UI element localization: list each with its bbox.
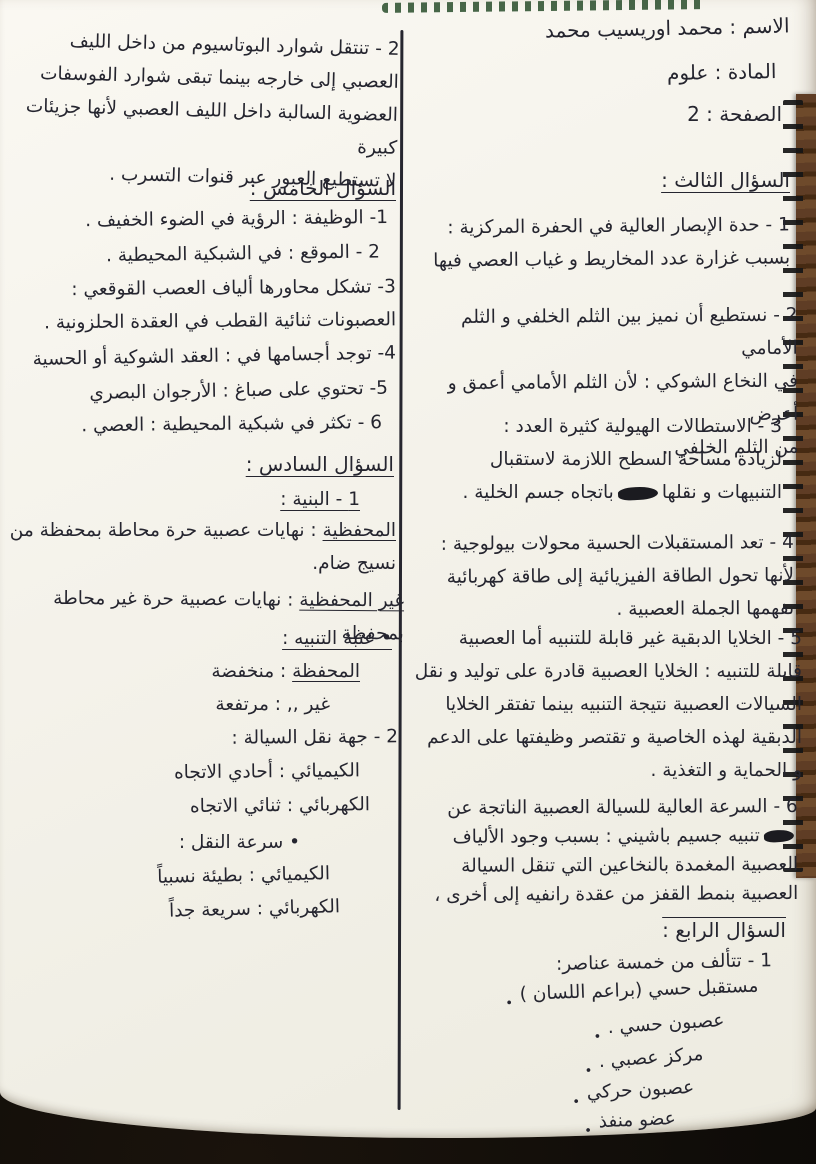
q3-answer-4: 4 - تعد المستقبلات الحسية محولات بيولوجي…: [410, 526, 795, 627]
bullet-dot-icon: •: [504, 987, 513, 1020]
q5-item: 1- الوظيفة : الرؤية في الضوء الخفيف .: [8, 201, 388, 238]
q5-item: 2 - الموقع : في الشبكية المحيطية .: [8, 235, 380, 273]
q4-bullet-text: مستقبل حسي (براعم اللسان ): [519, 976, 758, 1005]
scribbled-out-word: [617, 485, 658, 500]
column-divider-line: [398, 30, 403, 1110]
q6-threshold-cap-row: المحفظة : منخفضة: [36, 655, 360, 688]
q3-answer-6-text-end: تنبيه جسيم باشيني : بسبب وجود الألياف ال…: [434, 825, 798, 906]
q4-bullet-text: عصبون حسي .: [607, 1010, 725, 1038]
q6-direction-heading: 2 - جهة نقل السيالة :: [0, 720, 398, 756]
q6-encapsulated-label: المحفظية: [323, 520, 396, 541]
q4-bullet-row: عضو منفذ•: [584, 1102, 677, 1141]
q6-speed-chemical: الكيميائي : بطيئة نسبياً: [66, 857, 331, 896]
q6-threshold-free-label: غير ,,: [287, 694, 330, 715]
q6-speed-electrical: الكهربائي : سريعة جداً: [50, 890, 341, 931]
q3-answer-3: 3 - الاستطالات الهيولية كثيرة العدد : لز…: [418, 410, 782, 509]
question-3-title: السؤال الثالث :: [661, 164, 790, 197]
question-5-title: السؤال الخامس :: [8, 172, 396, 205]
q6-threshold-cap-label: المحفظة: [292, 661, 360, 682]
q5-item: 5- تحتوي على صباغ : الأرجوان البصري: [8, 372, 389, 412]
margin-dash: -: [789, 132, 796, 165]
question-6-title: السؤال السادس :: [6, 448, 394, 481]
q5-item: 6 - تكثر في شبكية المحيطية : العصي .: [16, 406, 382, 443]
q3-answer-6-text: 6 - السرعة العالية للسيالة العصبية النات…: [447, 796, 798, 819]
q6-threshold-heading: • عتبة التنبيه :: [6, 622, 392, 655]
q6-speed-heading: • سرعة النقل :: [96, 826, 300, 859]
q6-threshold-free-text: : مرتفعة: [215, 694, 286, 715]
q4-bullet-text: عضو منفذ: [598, 1108, 676, 1132]
photo-background: الاسم : محمد اوريسيب محمد المادة : علوم …: [0, 0, 816, 1164]
page-number: الصفحة : 2: [687, 98, 782, 131]
bullet-dot-icon: •: [571, 1086, 580, 1119]
scribbled-out-word: [764, 829, 795, 843]
student-name: الاسم : محمد اوريسيب محمد: [545, 9, 790, 47]
q3-answer-1: 1 - حدة الإبصار العالية في الحفرة المركز…: [418, 208, 791, 277]
q3-answer-5: 5 - الخلايا الدبقية غير قابلة للتنبيه أم…: [410, 622, 802, 787]
bullet-dot-icon: •: [584, 1115, 593, 1148]
q6-threshold-free-row: غير ,, : مرتفعة: [66, 688, 330, 721]
q4-bullet-text: عصبون حركي: [586, 1077, 695, 1104]
q3-answer-6: 6 - السرعة العالية للسيالة العصبية النات…: [410, 792, 799, 910]
q5-item: 3- تشكل محاورها ألياف العصب القوقعي : ال…: [4, 270, 397, 339]
q6-structure-heading: 1 - البنية :: [36, 483, 360, 516]
q6-direction-electrical: الكهربائي : ثنائي الاتجاه: [26, 788, 370, 825]
q6-encapsulated-row: المحفظية : نهايات عصبية حرة محاطة بمحفظة…: [2, 514, 396, 580]
q6-threshold-cap-text: : منخفضة: [211, 661, 292, 682]
question-4-title: السؤال الرابع :: [662, 914, 786, 947]
q5-item: 4- توجد أجسامها في : العقد الشوكية أو ال…: [2, 337, 397, 377]
q3-answer-3-text-end: باتجاه جسم الخلية .: [462, 482, 613, 503]
q6-free-label: غير المحفظية: [299, 590, 404, 612]
q4-bullet-text: مركز عصبي .: [598, 1044, 704, 1072]
notebook-top-stitching-icon: [382, 0, 706, 13]
q6-direction-chemical: الكيميائي : أحادي الاتجاه: [36, 754, 360, 790]
subject-field: المادة : علوم: [666, 55, 776, 90]
notebook-page: الاسم : محمد اوريسيب محمد المادة : علوم …: [0, 0, 816, 1138]
